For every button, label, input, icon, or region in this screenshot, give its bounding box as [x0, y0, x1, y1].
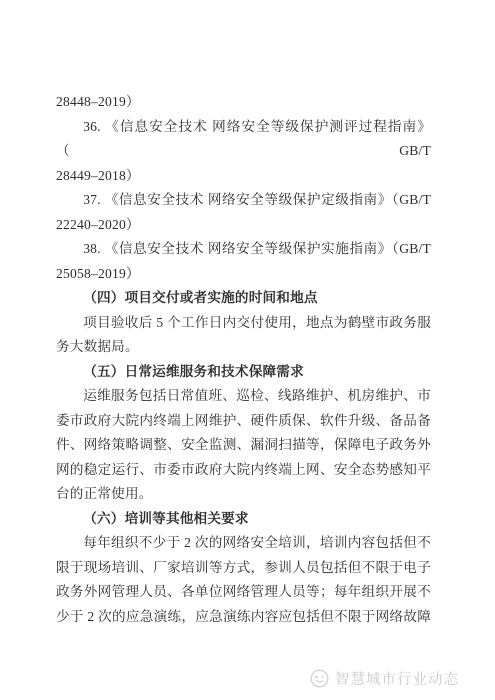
- text-line: （四）项目交付或者实施的时间和地点: [56, 286, 431, 311]
- text-line: （六）培训等其他相关要求: [56, 507, 431, 532]
- text-line: 项目验收后 5 个工作日内交付使用，地点为鹤壁市政务服: [56, 311, 431, 336]
- document-page: 28448–2019）36. 《信息安全技术 网络安全等级保护测评过程指南》（G…: [0, 0, 495, 700]
- text-line: 少于 2 次的应急演练，应急演练内容应包括但不限于网络故障: [56, 605, 431, 630]
- text-line: 37. 《信息安全技术 网络安全等级保护定级指南》（GB/T: [56, 188, 431, 213]
- text-line: 28449–2018）: [56, 164, 431, 189]
- watermark-label: 智慧城市行业动态: [335, 668, 459, 689]
- text-line: 28448–2019）: [56, 90, 431, 115]
- smiley-face-icon: [309, 668, 330, 689]
- text-line: 委市政府大院内终端上网维护、硬件质保、软件升级、备品备: [56, 409, 431, 434]
- text-line: 限于现场培训、厂家培训等方式，参训人员包括但不限于电子: [56, 556, 431, 581]
- text-line: 件、网络策略调整、安全监测、漏洞扫描等，保障电子政务外: [56, 433, 431, 458]
- text-line: 36. 《信息安全技术 网络安全等级保护测评过程指南》（GB/T: [56, 115, 431, 164]
- document-body: 28448–2019）36. 《信息安全技术 网络安全等级保护测评过程指南》（G…: [56, 90, 431, 629]
- text-line: 22240–2020）: [56, 213, 431, 238]
- text-line: 政务外网管理人员、各单位网络管理人员等；每年组织开展不: [56, 580, 431, 605]
- text-line: 25058–2019）: [56, 262, 431, 287]
- text-line: 台的正常使用。: [56, 482, 431, 507]
- text-line: 每年组织不少于 2 次的网络安全培训，培训内容包括但不: [56, 531, 431, 556]
- text-line: 网的稳定运行、市委市政府大院内终端上网、安全态势感知平: [56, 458, 431, 483]
- text-line: （五）日常运维服务和技术保障需求: [56, 360, 431, 385]
- text-line: 38. 《信息安全技术 网络安全等级保护实施指南》（GB/T: [56, 237, 431, 262]
- watermark: 智慧城市行业动态: [309, 668, 459, 689]
- text-line: 务大数据局。: [56, 335, 431, 360]
- text-line: 运维服务包括日常值班、巡检、线路维护、机房维护、市: [56, 384, 431, 409]
